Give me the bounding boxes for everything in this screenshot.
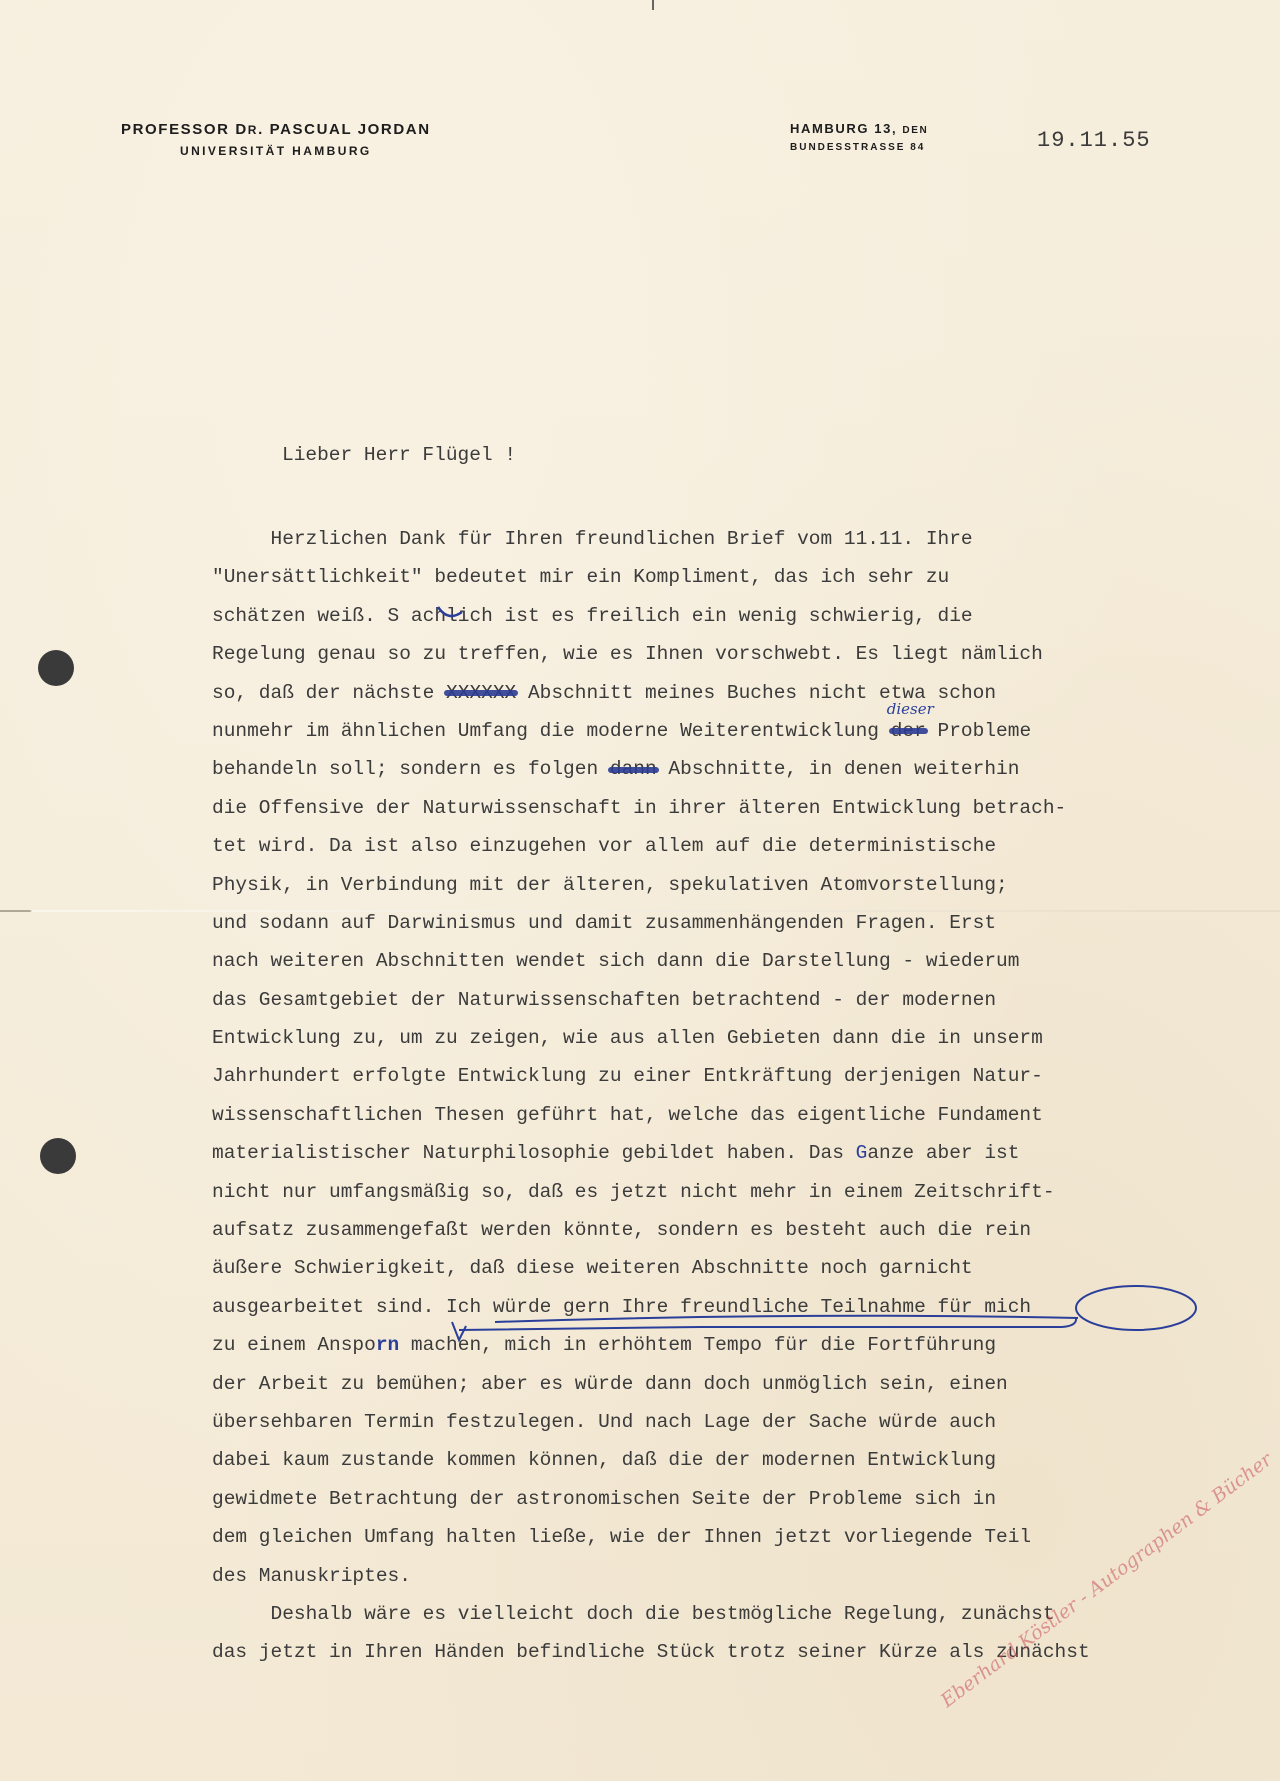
text-line: schätzen weiß. S achlich ist es freilich… bbox=[212, 597, 1272, 635]
sender-name: PROFESSOR DR. PASCUAL JORDAN bbox=[121, 121, 431, 138]
text-line: übersehbaren Termin festzulegen. Und nac… bbox=[212, 1403, 1272, 1441]
address-street: BUNDESSTRASSE 84 bbox=[790, 142, 928, 153]
ink-correction: rn bbox=[376, 1334, 399, 1356]
text-line: Jahrhundert erfolgte Entwicklung zu eine… bbox=[212, 1057, 1272, 1095]
text-line: ausgearbeitet sind. Ich würde gern Ihre … bbox=[212, 1288, 1272, 1326]
text-line: "Unersättlichkeit" bedeutet mir ein Komp… bbox=[212, 558, 1272, 596]
text-line: so, daß der nächste XXXXXX Abschnitt mei… bbox=[212, 674, 1272, 712]
text-line: der Arbeit zu bemühen; aber es würde dan… bbox=[212, 1365, 1272, 1403]
text-line: gewidmete Betrachtung der astronomischen… bbox=[212, 1480, 1272, 1518]
punch-hole bbox=[40, 1138, 76, 1174]
text: behandeln soll; sondern es folgen bbox=[212, 758, 610, 780]
text: anze aber ist bbox=[867, 1142, 1019, 1164]
handwritten-insert: dieser bbox=[887, 690, 934, 728]
text-line: tet wird. Da ist also einzugehen vor all… bbox=[212, 827, 1272, 865]
sender-name-part: PROFESSOR D bbox=[121, 121, 248, 138]
struck-text: dann bbox=[610, 750, 657, 788]
text-line: nach weiteren Abschnitten wendet sich da… bbox=[212, 942, 1272, 980]
punch-hole bbox=[38, 650, 74, 686]
text: zu einem Anspo bbox=[212, 1334, 376, 1356]
text-line: zu einem Ansporn machen, mich in erhöhte… bbox=[212, 1326, 1272, 1364]
text-line: nunmehr im ähnlichen Umfang die moderne … bbox=[212, 712, 1272, 750]
text-line: behandeln soll; sondern es folgen dann A… bbox=[212, 750, 1272, 788]
text: Abschnitte, in denen weiterhin bbox=[657, 758, 1020, 780]
text: materialistischer Naturphilosophie gebil… bbox=[212, 1142, 856, 1164]
text-line: materialistischer Naturphilosophie gebil… bbox=[212, 1134, 1272, 1172]
text-line: aufsatz zusammengefaßt werden könnte, so… bbox=[212, 1211, 1272, 1249]
city: HAMBURG 13, bbox=[790, 121, 897, 136]
salutation: Lieber Herr Flügel ! bbox=[282, 444, 516, 466]
text-line: das Gesamtgebiet der Naturwissenschaften… bbox=[212, 981, 1272, 1019]
text-line: Deshalb wäre es vielleicht doch die best… bbox=[212, 1595, 1272, 1633]
text-line: äußere Schwierigkeit, daß diese weiteren… bbox=[212, 1249, 1272, 1287]
fold-mark bbox=[652, 0, 654, 10]
text-line: wissenschaftlichen Thesen geführt hat, w… bbox=[212, 1096, 1272, 1134]
text-line: die Offensive der Naturwissenschaft in i… bbox=[212, 789, 1272, 827]
text: so, daß der nächste bbox=[212, 682, 446, 704]
address-city: HAMBURG 13, DEN bbox=[790, 121, 928, 136]
text-line: das jetzt in Ihren Händen befindliche St… bbox=[212, 1633, 1272, 1671]
text: Probleme bbox=[926, 720, 1031, 742]
letter-date: 19.11.55 bbox=[1037, 128, 1151, 153]
sender-name-part: R bbox=[248, 123, 258, 137]
text-line: dem gleichen Umfang halten ließe, wie de… bbox=[212, 1518, 1272, 1556]
text-line: nicht nur umfangsmäßig so, daß es jetzt … bbox=[212, 1173, 1272, 1211]
city-suffix: DEN bbox=[902, 125, 928, 136]
struck-text: XXXXXX bbox=[446, 674, 516, 712]
letter-page: PROFESSOR DR. PASCUAL JORDAN UNIVERSITÄT… bbox=[0, 0, 1280, 1781]
text-line: Entwicklung zu, um zu zeigen, wie aus al… bbox=[212, 1019, 1272, 1057]
sender-name-part: . PASCUAL JORDAN bbox=[258, 121, 431, 138]
text-line: Regelung genau so zu treffen, wie es Ihn… bbox=[212, 635, 1272, 673]
text: machen, mich in erhöhtem Tempo für die F… bbox=[399, 1334, 996, 1356]
text-line: und sodann auf Darwinismus und damit zus… bbox=[212, 904, 1272, 942]
text: nunmehr im ähnlichen Umfang die moderne … bbox=[212, 720, 891, 742]
letter-body: Herzlichen Dank für Ihren freundlichen B… bbox=[212, 520, 1272, 1672]
institution: UNIVERSITÄT HAMBURG bbox=[121, 144, 431, 158]
text-line: dabei kaum zustande kommen können, daß d… bbox=[212, 1441, 1272, 1479]
letterhead-address: HAMBURG 13, DEN BUNDESSTRASSE 84 bbox=[790, 121, 928, 153]
letterhead-sender: PROFESSOR DR. PASCUAL JORDAN UNIVERSITÄT… bbox=[121, 121, 431, 158]
text-line: Herzlichen Dank für Ihren freundlichen B… bbox=[212, 520, 1272, 558]
text-line: Physik, in Verbindung mit der älteren, s… bbox=[212, 866, 1272, 904]
ink-correction: G bbox=[856, 1142, 868, 1164]
struck-text: derdieser bbox=[891, 712, 926, 750]
